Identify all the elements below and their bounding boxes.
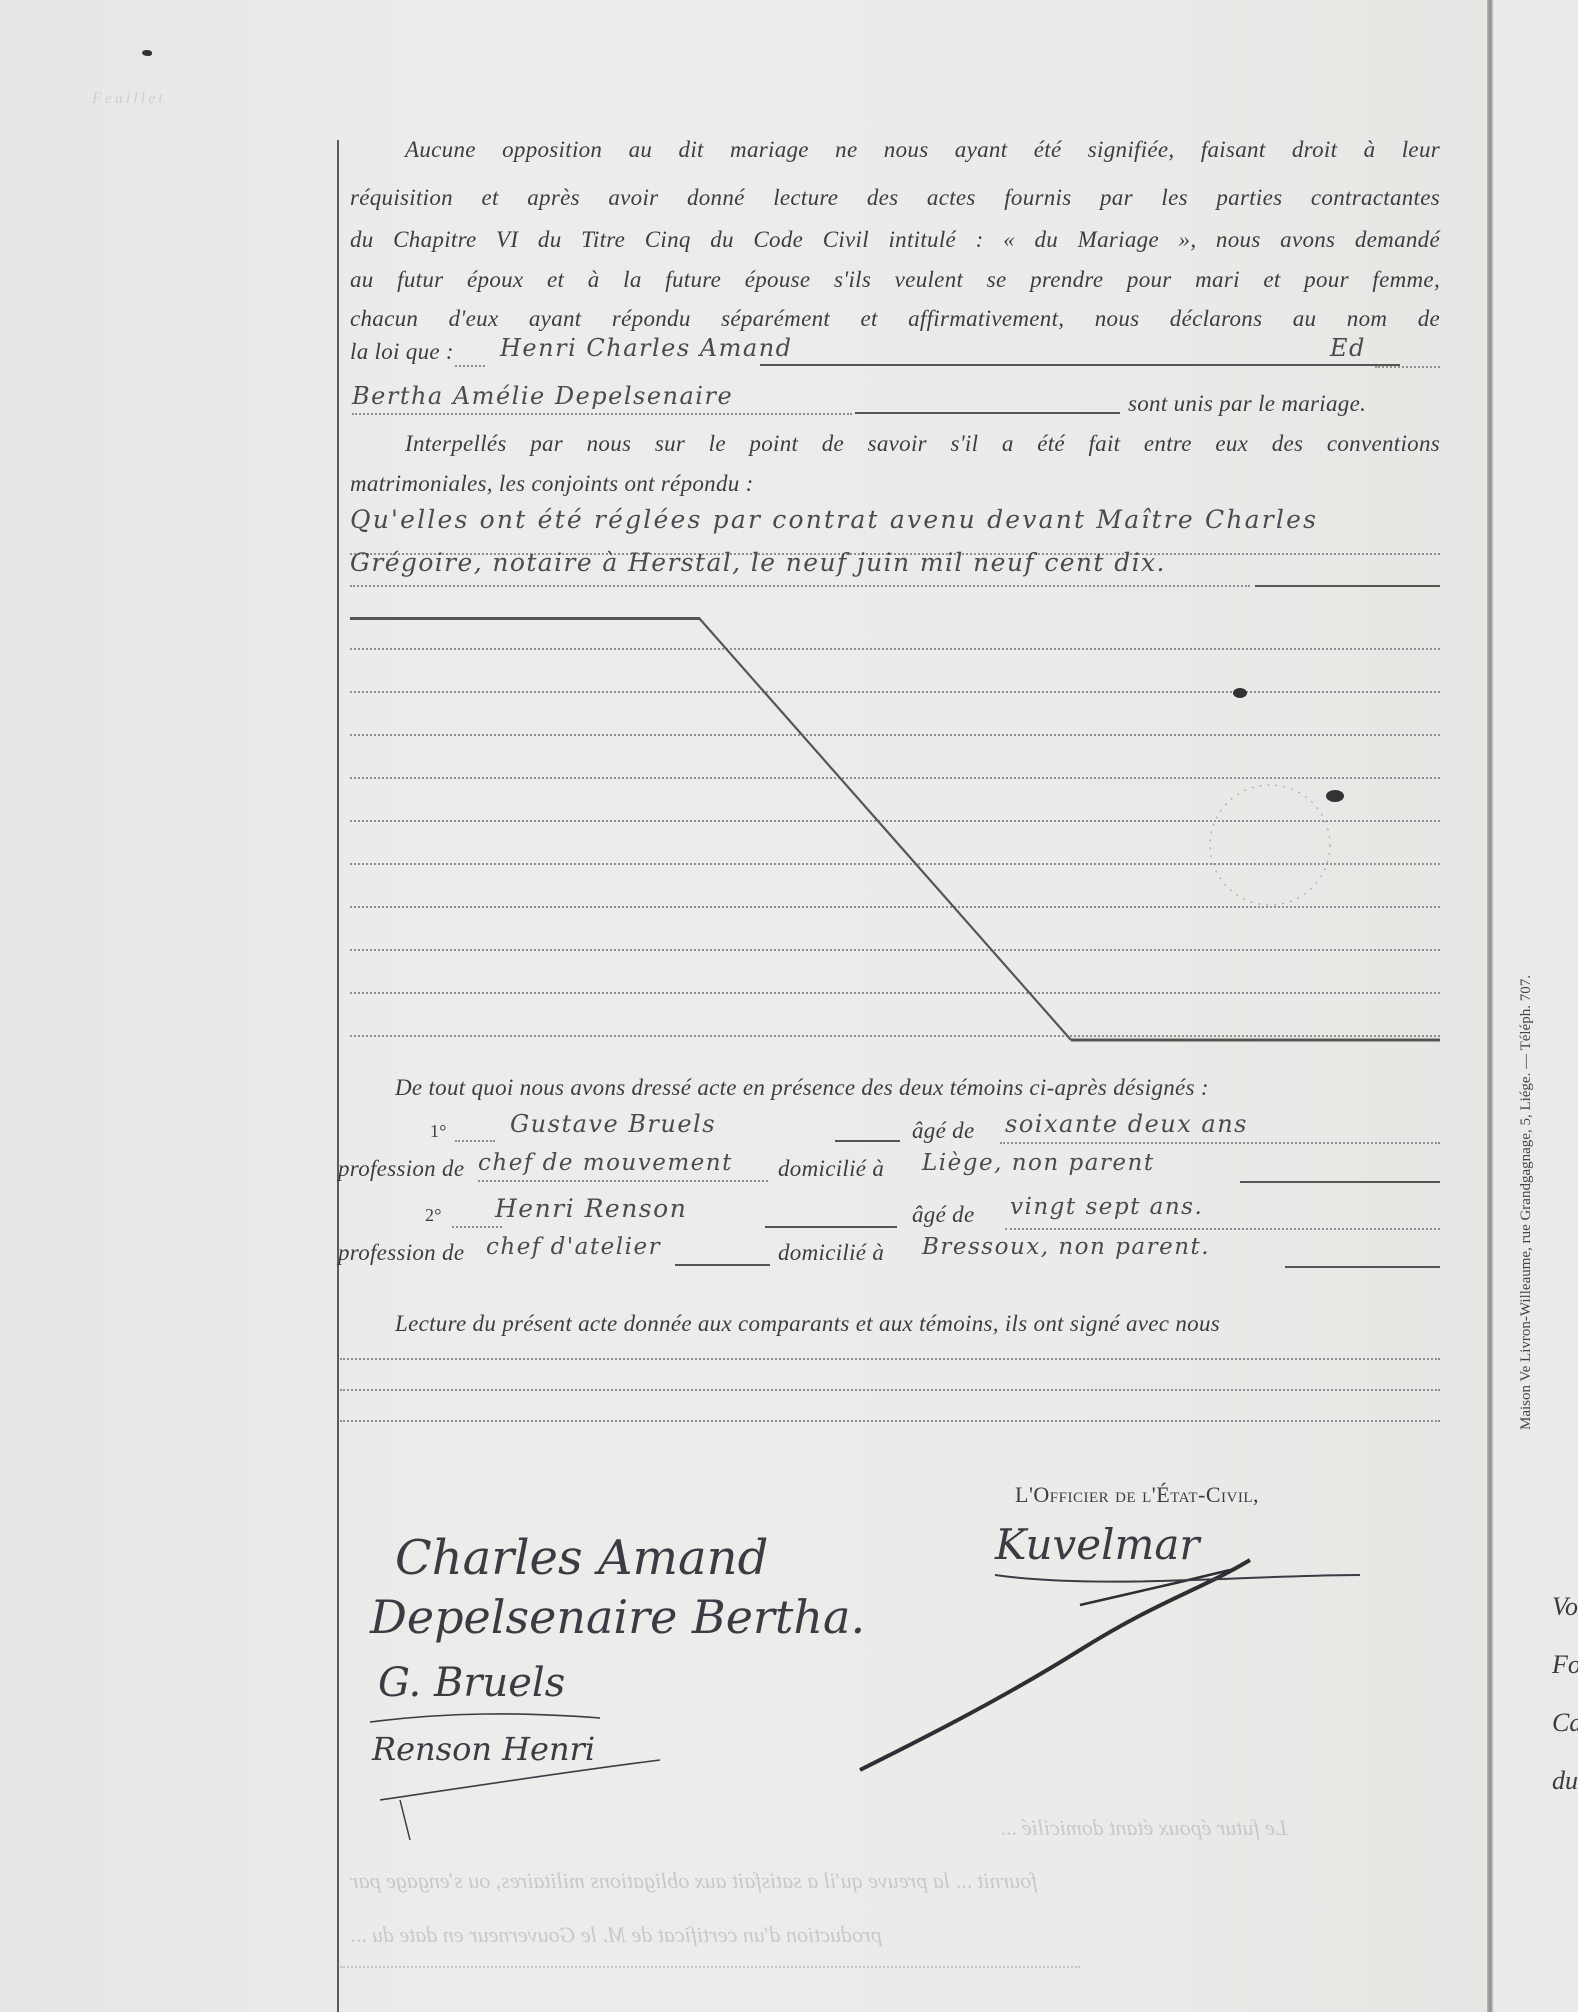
signature-officer: Kuvelmar — [995, 1520, 1199, 1569]
dotted-fill — [452, 1226, 502, 1228]
witness-1-domicile-label: domicilié à — [778, 1155, 884, 1183]
fill-rule — [765, 1226, 897, 1228]
dotted-line — [340, 1358, 1440, 1360]
witness-2-domicile-label: domicilié à — [778, 1239, 884, 1267]
witness-1-number: 1° — [430, 1117, 447, 1145]
dotted-fill — [478, 1180, 768, 1182]
fill-rule — [835, 1140, 900, 1142]
dotted-fill — [1000, 1142, 1440, 1144]
witness-2-number: 2° — [425, 1201, 442, 1229]
witness-1-domicile: Liège, non parent — [922, 1150, 1155, 1176]
witness-1-profession: chef de mouvement — [478, 1150, 733, 1176]
reading-statement: Lecture du présent acte donnée aux compa… — [395, 1310, 1220, 1338]
witness-2-profession-label: profession de — [338, 1239, 464, 1267]
bleedthrough-line-1: Le futur époux étant domicilié ... — [1000, 1815, 1287, 1841]
witness-2-age-label: âgé de — [912, 1201, 974, 1229]
margin-label-case: Ca — [1552, 1708, 1578, 1738]
margin-label-du: du — [1552, 1766, 1578, 1796]
witness-1-profession-label: profession de — [338, 1155, 464, 1183]
margin-label-folio: Fo — [1552, 1650, 1578, 1680]
dotted-fill — [1005, 1228, 1440, 1230]
witness-2-profession: chef d'atelier — [486, 1234, 661, 1260]
fill-rule — [1285, 1266, 1440, 1268]
witness-2-domicile: Bressoux, non parent. — [922, 1234, 1210, 1260]
faded-dotted-line — [340, 1966, 1080, 1968]
witness-1-age-label: âgé de — [912, 1117, 974, 1145]
witness-2-name: Henri Renson — [495, 1194, 687, 1223]
bleedthrough-line-2: fournit ... la preuve qu'il a satisfait … — [350, 1868, 1037, 1894]
signature-witness-1: G. Bruels — [378, 1660, 565, 1706]
fill-rule — [675, 1264, 770, 1266]
bleedthrough-line-3: production d'un certificat de M. le Gouv… — [350, 1922, 882, 1948]
margin-label-volume: Vo — [1552, 1592, 1578, 1622]
witness-2-age: vingt sept ans. — [1010, 1194, 1203, 1220]
printer-imprint: Maison Ve Livron-Willeaume, rue Grandgag… — [1518, 975, 1535, 1430]
signature-witness-2: Renson Henri — [372, 1730, 595, 1768]
dotted-line — [340, 1389, 1440, 1391]
witnesses-intro: De tout quoi nous avons dressé acte en p… — [395, 1074, 1209, 1102]
dotted-line — [340, 1420, 1440, 1422]
strike-diagonal — [0, 0, 1578, 2012]
witness-1-name: Gustave Bruels — [510, 1110, 716, 1138]
fill-rule — [1240, 1181, 1440, 1183]
officer-label: L'Officier de l'État-Civil, — [1015, 1482, 1259, 1508]
signature-groom: Charles Amand — [395, 1530, 768, 1586]
signature-bride: Depelsenaire Bertha. — [370, 1590, 865, 1644]
dotted-fill — [455, 1140, 495, 1142]
witness-1-age: soixante deux ans — [1005, 1110, 1248, 1138]
